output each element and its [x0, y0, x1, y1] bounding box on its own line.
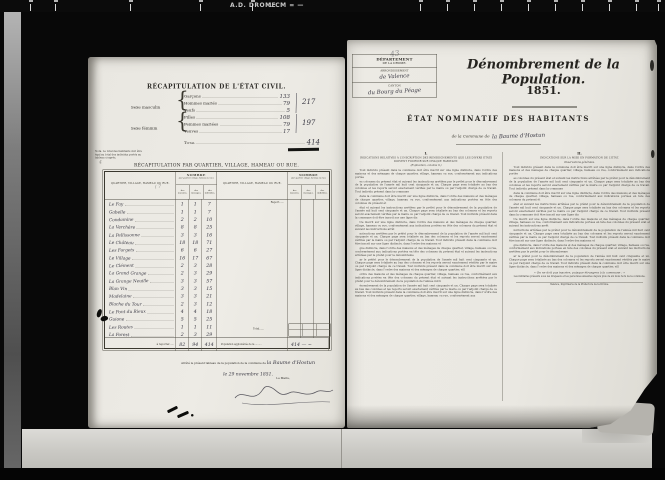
column-heading: Indications sur la mise en formation de … — [509, 157, 650, 160]
census-year: 1851. — [435, 84, 652, 97]
place-name: Madelaine — [109, 294, 132, 299]
recap-total-line: Total 414 — [184, 140, 320, 145]
menages-cell-right — [301, 299, 314, 307]
male-group-label: Sexe masculin — [131, 105, 160, 110]
individus-cell: 28 — [202, 261, 217, 269]
place-cell: La Grange Neuille — [105, 276, 176, 284]
maisons-cell-right — [288, 314, 301, 322]
place-cell-right — [217, 314, 288, 322]
table-row: Les Forgets 6 6 27 — [105, 245, 329, 253]
table-row: Le Château 18 18 71 — [105, 238, 329, 246]
table-row: Blan Vin 3 3 15 — [105, 284, 329, 292]
recap-line: Veufs 5 — [184, 108, 290, 113]
individus-cell: 7 — [202, 200, 217, 208]
place-cell: La Pellissonne — [105, 230, 176, 238]
menages-cell-right — [301, 222, 314, 230]
menages-cell-right — [301, 314, 314, 322]
place-name: La Forest — [109, 332, 129, 337]
ruler-scale-label: 1 CM = — — [268, 2, 304, 9]
place-cell: Le Château — [105, 238, 176, 246]
instruction-paragraph: dans la commune doit être inscrit sur un… — [509, 192, 650, 202]
civil-status-recap: Sexe masculin { Garçons 133 Hommes marié… — [128, 92, 328, 157]
place-cell-right — [217, 291, 288, 299]
maisons-cell-right — [288, 200, 301, 208]
ruler-tick — [658, 4, 659, 11]
commune-line: de la Commune de la Baume d'Hostun — [347, 130, 650, 140]
dotted-leader — [202, 97, 278, 98]
ruler-tick — [130, 4, 131, 11]
menages-cell: 18 — [189, 238, 202, 246]
individus-cell: 18 — [202, 307, 217, 315]
total-divider — [296, 114, 297, 133]
maisons-cell-right — [288, 261, 301, 269]
maisons-cell-right — [288, 291, 301, 299]
maisons-cell: 18 — [176, 238, 189, 246]
individus-cell-right — [314, 314, 329, 322]
menages-cell-right — [301, 291, 314, 299]
ruler-tick-label — [554, 0, 558, 2]
dotted-leader — [141, 236, 174, 237]
place-name: Le Fay — [109, 202, 123, 207]
maisons-cell-right — [288, 253, 301, 261]
menages-cell-right — [301, 238, 314, 246]
place-cell-right — [217, 261, 288, 269]
col-group-nombre: NOMBRE (par quartier, village, hameau ou… — [176, 172, 217, 199]
dotted-leader — [150, 282, 174, 283]
ruler-tick — [55, 4, 56, 11]
place-name: Blache du Tour — [109, 302, 142, 307]
nombre-subcols: des maisons. des ménages. des individus. — [288, 185, 329, 199]
ruler-tick-label — [54, 0, 58, 2]
place-name: Condamine — [109, 217, 134, 223]
ruler-tick-label — [500, 0, 504, 2]
instruction-paragraph: énombrement de la population de l'année … — [355, 284, 497, 298]
place-name: Gabelle — [109, 210, 125, 215]
table-row: Madelaine 3 3 21 — [105, 291, 329, 299]
right-total-label: Total...... — [253, 328, 264, 331]
column-number: I. — [355, 151, 497, 156]
dotted-leader — [135, 267, 174, 268]
table-row: La Grand Grange 2 3 29 — [105, 268, 329, 276]
right-page: 43 DÉPARTEMENT DE LA DROME. ARRONDISSEME… — [347, 40, 657, 428]
individus-cell: 71 — [202, 238, 217, 246]
report-label: Report...... — [271, 201, 284, 204]
subcol-individus: des individus. — [316, 185, 329, 199]
place-cell: La Forest — [105, 330, 176, 338]
table-row: La Pellissonne 3 3 16 — [105, 230, 329, 238]
quartier-table: QUARTIER, VILLAGE, HAMEAU OU RUE. NOMBRE… — [104, 171, 330, 349]
place-cell-right — [217, 307, 288, 315]
exclusion-note: « On ne doit pas inscrire, puisque étran… — [510, 271, 649, 274]
instruction-text-block: Tout individu présent dans la commune do… — [509, 166, 650, 269]
instruction-paragraph: es colonnes du présent état et suivant l… — [509, 177, 650, 191]
dotted-leader — [135, 244, 174, 245]
instruction-paragraph: Tout individu présent dans la commune do… — [355, 169, 497, 179]
ruler-tick-label — [635, 0, 639, 2]
place-cell-right — [217, 230, 288, 238]
place-cell-right — [217, 222, 288, 230]
recap-value: 79 — [283, 123, 290, 127]
instruction-paragraph: es colonnes du présent état et suivant l… — [355, 180, 497, 194]
menages-cell: 3 — [189, 276, 202, 284]
menages-cell: 3 — [189, 230, 202, 238]
dotted-leader — [143, 305, 174, 306]
dotted-leader — [147, 313, 174, 314]
ruler-tick-label — [251, 0, 255, 2]
ruler-tick — [252, 4, 253, 11]
scan-viewport: A.D. DROME 1 CM = — RÉCAPITULATION DE L'… — [0, 0, 665, 480]
agglo-number: 414 — ∼ — [291, 342, 312, 348]
page-edge-mark — [651, 150, 655, 158]
dotted-leader — [129, 290, 174, 291]
department-row: DÉPARTEMENT DE LA DROME. — [353, 55, 437, 68]
table-row: La Verchère 8 8 25 — [105, 222, 329, 230]
individus-cell-right — [314, 268, 329, 276]
place-cell: Le Fay — [105, 200, 176, 208]
dotted-leader — [148, 275, 174, 276]
mayor-label: Le Maire, — [233, 377, 333, 380]
nombre-subcols: des maisons. des ménages. des individus. — [176, 185, 217, 199]
total-label: Total — [184, 141, 195, 146]
total-box-cell — [303, 330, 317, 336]
bed-seam-line — [341, 429, 342, 468]
place-cell-right — [217, 299, 288, 307]
subcol-menages: des ménages. — [302, 185, 316, 199]
commune-value: la Baume d'Hostun — [492, 132, 545, 140]
place-name: La Verchère — [109, 225, 135, 230]
place-name: La Grand Grange — [109, 271, 146, 276]
place-cell-right — [217, 245, 288, 253]
exclusion-detail: Les militaires présents sous les drapeau… — [509, 275, 650, 278]
ornament-rule — [456, 144, 541, 145]
instructions-column-1: I. Indications relatives à l'inscription… — [355, 151, 497, 299]
individus-cell-right — [314, 299, 329, 307]
maisons-cell-right — [288, 307, 301, 315]
total-value: 82 — [179, 342, 185, 348]
ruler-tick-label — [608, 0, 612, 2]
menages-cell: 3 — [189, 291, 202, 299]
printer-imprint: Valence, Imprimerie de la Préfecture de … — [516, 282, 643, 286]
menages-cell: 3 — [189, 330, 202, 338]
dotted-leader — [137, 229, 174, 230]
place-cell-right — [217, 207, 288, 215]
menages-cell-right — [301, 268, 314, 276]
recap-value: 5 — [287, 109, 291, 113]
maisons-cell-right — [288, 215, 301, 223]
maisons-cell-right — [288, 245, 301, 253]
mayor-signature — [231, 381, 336, 407]
total-individus: 414 — [202, 338, 217, 351]
total-value: 414 — [307, 140, 320, 145]
place-cell-right — [217, 268, 288, 276]
ink-dot — [191, 414, 194, 417]
instruction-paragraph: nstructions arrêtées par le préfet pour … — [355, 232, 497, 246]
pencil-mark-header: ( 7 — [155, 185, 161, 190]
agglomerated-value: 414 — ∼ — [288, 338, 329, 351]
place-name: La Grange Neuille — [109, 278, 149, 284]
maisons-cell-right — [288, 299, 301, 307]
dotted-leader — [197, 144, 306, 145]
maisons-cell: 2 — [176, 299, 189, 307]
recap-value: 79 — [283, 102, 290, 106]
place-cell-right — [217, 330, 288, 338]
recap-value: 133 — [280, 95, 291, 99]
individus-cell: 7 — [202, 207, 217, 215]
menages-cell: 3 — [189, 299, 202, 307]
ruler-tick — [474, 4, 475, 11]
menages-cell: 2 — [189, 215, 202, 223]
individus-cell: 27 — [202, 245, 217, 253]
col-header-place: QUARTIER, VILLAGE, HAMEAU OU RUE. — [105, 172, 176, 199]
total-divider — [296, 93, 297, 113]
maisons-cell: 3 — [176, 291, 189, 299]
instruction-paragraph: Tout individu présent dans la commune do… — [509, 166, 650, 176]
dotted-leader — [127, 213, 174, 214]
maisons-cell: 2 — [176, 268, 189, 276]
ruler-tick — [420, 4, 421, 11]
place-cell: Le Pont du Rieux — [105, 307, 176, 315]
table-row: Gabelle 1 1 7 — [105, 207, 329, 215]
menages-cell-right — [301, 261, 314, 269]
individus-cell-right — [314, 215, 329, 223]
maisons-cell: 3 — [176, 230, 189, 238]
individus-cell: 25 — [202, 222, 217, 230]
place-cell: Les Routes — [105, 322, 176, 330]
dotted-leader — [220, 125, 282, 126]
dotted-leader — [126, 321, 174, 322]
column-subheading: (Explication, colonne 9.) — [355, 164, 497, 167]
table-header: QUARTIER, VILLAGE, HAMEAU OU RUE. NOMBRE… — [105, 172, 329, 200]
ruler-tick-label — [446, 0, 450, 2]
census-title: Dénombrement de la Population. — [435, 57, 652, 87]
place-name: Le Clément — [109, 263, 134, 269]
department-label: DÉPARTEMENT — [353, 55, 437, 62]
table-footer: à reporter...... 82 94 414 Population ag… — [105, 338, 329, 352]
ruler-tick-label — [657, 0, 661, 2]
menages-cell-right — [301, 276, 314, 284]
ruler-tick-label — [581, 0, 585, 2]
maisons-cell: 6 — [176, 245, 189, 253]
individus-cell-right — [314, 200, 329, 208]
maisons-cell-right — [288, 276, 301, 284]
place-name: Les Routes — [109, 325, 133, 330]
maisons-cell-right — [288, 238, 301, 246]
recap-label: Garçons — [184, 94, 201, 99]
dotted-leader — [125, 206, 174, 207]
total-value: 94 — [192, 342, 198, 348]
place-name: Le Château — [109, 240, 134, 245]
ruler-tick — [447, 4, 448, 11]
ruler-tick — [582, 4, 583, 11]
closing-commune: la Baume d'Hostun — [267, 360, 315, 366]
dotted-leader — [135, 221, 174, 222]
maisons-cell: 1 — [176, 200, 189, 208]
menages-cell: 8 — [189, 222, 202, 230]
menages-cell: 1 — [189, 207, 202, 215]
instruction-paragraph: état et suivant les instructions arrêtée… — [509, 203, 650, 217]
dotted-leader — [197, 111, 286, 112]
maisons-cell: 2 — [176, 215, 189, 223]
recap-line: Hommes mariés 79 — [184, 101, 290, 106]
scanner-bottom-strip — [0, 468, 665, 480]
ruler-tick-label — [527, 0, 531, 2]
menages-cell: 5 — [189, 314, 202, 322]
nombre-note: (par quartier, village, hameau ou rue.) — [288, 177, 329, 179]
instruction-paragraph: ordre des maisons et des ménages de chaq… — [355, 273, 497, 283]
instruction-paragraph: ar le préfet pour le dénombrement de la … — [355, 258, 497, 272]
total-maisons: 82 — [176, 338, 189, 351]
place-cell: La Verchère — [105, 222, 176, 230]
place-cell-right — [217, 238, 288, 246]
table-row: Le Clément 2 3 28 — [105, 261, 329, 269]
quartier-table-body: Report...... ( 7 Total...... Le Fay 1 1 … — [105, 200, 329, 338]
individus-cell-right — [314, 276, 329, 284]
individus-cell: 11 — [202, 322, 217, 330]
ruler-tick-label — [129, 0, 133, 2]
place-cell: Condamine — [105, 215, 176, 223]
female-group-label: Sexe féminin — [131, 126, 157, 131]
ruler-tick — [501, 4, 502, 11]
place-cell: La Grand Grange — [105, 268, 176, 276]
recap-label: Filles — [184, 115, 195, 120]
maisons-cell-right — [288, 284, 301, 292]
ruler-tick — [555, 4, 556, 11]
dotted-leader — [200, 132, 282, 133]
department-box: DÉPARTEMENT DE LA DROME. ARRONDISSEMENT … — [352, 54, 437, 98]
arrondissement-row: ARRONDISSEMENT de Valence — [353, 68, 437, 83]
maisons-cell: 8 — [176, 222, 189, 230]
ink-bar — [288, 148, 319, 152]
recap-civil-title: RÉCAPITULATION DE L'ÉTAT CIVIL. — [88, 83, 345, 90]
individus-cell-right — [314, 307, 329, 315]
ruler-tick — [528, 4, 529, 11]
dotted-leader — [132, 259, 174, 260]
individus-cell-right — [314, 245, 329, 253]
maisons-cell: 5 — [176, 314, 189, 322]
individus-cell: 12 — [202, 299, 217, 307]
menages-cell-right — [301, 230, 314, 238]
col-header-place-2: QUARTIER, VILLAGE, HAMEAU OU RUE. — [217, 172, 288, 199]
place-name: Blan Vin — [109, 286, 127, 291]
nombre-note: (par quartier, village, hameau ou rue.) — [176, 177, 217, 179]
maisons-cell-right — [288, 222, 301, 230]
recap-line: Garçons 133 — [184, 94, 290, 99]
nominative-state-title: ÉTAT NOMINATIF DES HABITANTS — [347, 115, 650, 123]
table-row: Condamine 2 2 10 — [105, 215, 329, 223]
maisons-cell: 3 — [176, 284, 189, 292]
place-cell: Le Clément — [105, 261, 176, 269]
individus-cell-right — [314, 261, 329, 269]
instruction-paragraph: nstructions arrêtées par le préfet pour … — [509, 229, 650, 243]
place-cell-right — [217, 276, 288, 284]
recap-line: Filles 108 — [184, 115, 290, 120]
instruction-paragraph: état et suivant les instructions arrêtée… — [355, 206, 497, 220]
table-row: Blache du Tour 2 3 12 — [105, 299, 329, 307]
individus-cell-right — [314, 291, 329, 299]
place-cell: Blan Vin — [105, 284, 176, 292]
closing-printed: Arrêté le présent tableau de la populati… — [181, 362, 266, 365]
maisons-cell: 16 — [176, 253, 189, 261]
individus-cell: 29 — [202, 330, 217, 338]
ruler-tick-label — [419, 0, 423, 2]
commune-label: de la Commune de — [452, 134, 490, 139]
place-cell: Madelaine — [105, 291, 176, 299]
maisons-cell-right — [288, 207, 301, 215]
place-cell: Les Forgets — [105, 245, 176, 253]
dotted-leader — [133, 298, 174, 299]
menages-cell-right — [301, 253, 314, 261]
instructions-column-2: II. Indications sur la mise en formation… — [509, 151, 650, 286]
recap-label: Veuves — [184, 129, 198, 134]
canton-row: CANTON du Bourg du Péage — [353, 83, 437, 98]
menages-cell-right — [301, 215, 314, 223]
menages-cell: 3 — [189, 261, 202, 269]
menages-cell: 3 — [189, 268, 202, 276]
left-page: RÉCAPITULATION DE L'ÉTAT CIVIL. Sexe mas… — [88, 57, 345, 428]
recap-label: Femmes mariées — [184, 122, 218, 127]
scanner-bed-band — [22, 429, 652, 468]
ruler-tick-label — [199, 0, 203, 2]
column-divider — [502, 152, 503, 401]
individus-cell: 10 — [202, 215, 217, 223]
place-cell-right — [217, 253, 288, 261]
individus-cell: 25 — [202, 314, 217, 322]
subcol-menages: des ménages. — [190, 185, 204, 199]
table-row: Le Fay 1 1 7 — [105, 200, 329, 208]
department-value: DE LA DROME. — [353, 62, 437, 68]
instruction-paragraph: dans la commune doit être inscrit sur un… — [355, 195, 497, 205]
nota-text: Nota. Le total des habitants doit être é… — [95, 150, 147, 160]
individus-cell-right — [314, 253, 329, 261]
total-value: 414 — [205, 342, 214, 348]
total-box-cell — [289, 330, 303, 336]
carry-label: à reporter...... — [105, 338, 176, 351]
individus-cell: 15 — [202, 284, 217, 292]
maisons-cell: 3 — [176, 276, 189, 284]
total-box-cell — [316, 330, 330, 336]
female-total: 197 — [302, 119, 315, 127]
column-subheading: Observations générales. — [509, 161, 650, 164]
maisons-cell-right — [288, 268, 301, 276]
individus-cell: 16 — [202, 230, 217, 238]
ruler-tick — [200, 4, 201, 11]
subcol-individus: des individus. — [203, 185, 216, 199]
closing-statement: Arrêté le présent tableau de la populati… — [143, 360, 345, 366]
scanner-edge-strip — [4, 12, 21, 468]
nombre-group-top: NOMBRE (par quartier, village, hameau ou… — [176, 172, 217, 185]
quartier-table-title: RÉCAPITULATION PAR QUARTIER, VILLAGE, HA… — [88, 163, 345, 168]
table-row: Guione 5 5 25 — [105, 314, 329, 322]
agglomerated-label: Population agglomérée de la ......... — [217, 338, 288, 351]
dotted-leader — [134, 328, 174, 329]
individus-cell-right — [314, 222, 329, 230]
ruler-tick — [30, 4, 31, 11]
recap-value: 108 — [280, 116, 291, 120]
menages-cell-right — [301, 307, 314, 315]
page-edge-mark — [650, 60, 654, 71]
maisons-cell: 1 — [176, 207, 189, 215]
dotted-leader — [197, 118, 278, 119]
table-row: La Grange Neuille 3 3 57 — [105, 276, 329, 284]
title-rule — [512, 106, 577, 108]
individus-cell-right — [314, 238, 329, 246]
scanner-ruler: A.D. DROME 1 CM = — — [0, 0, 665, 12]
total-menages: 94 — [189, 338, 202, 351]
maisons-cell: 4 — [176, 307, 189, 315]
recap-line: Veuves 17 — [184, 129, 290, 134]
place-cell: Gabelle — [105, 207, 176, 215]
ruler-tick — [636, 4, 637, 11]
